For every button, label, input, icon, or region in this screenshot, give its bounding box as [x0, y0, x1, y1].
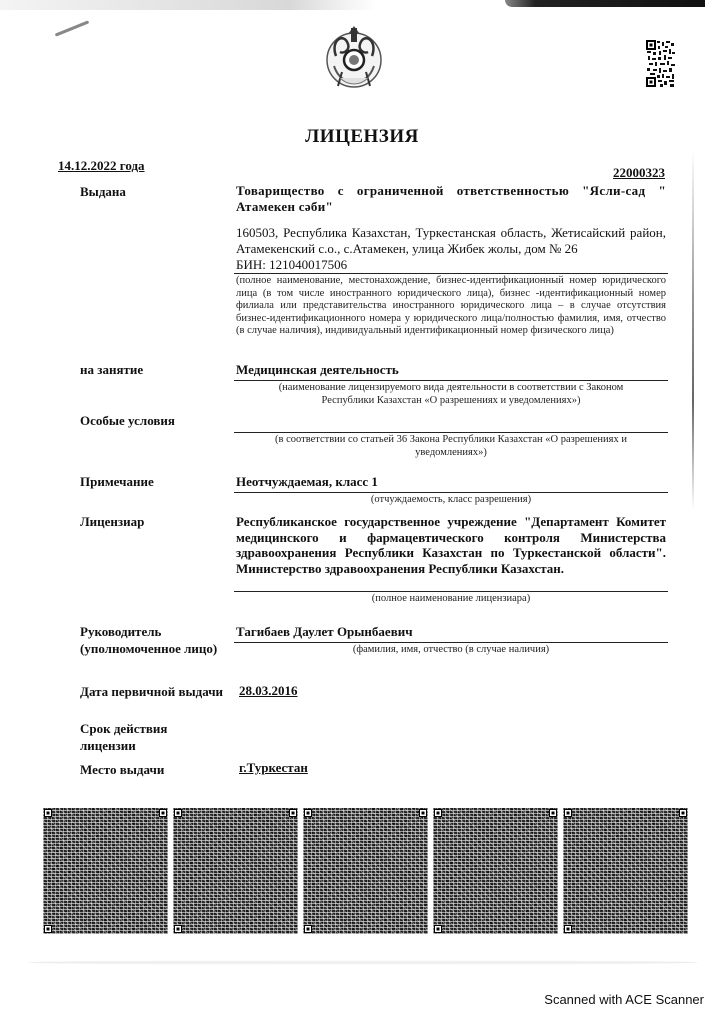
first-issue-date-value: 28.03.2016	[239, 683, 298, 699]
note-rule	[234, 492, 668, 493]
special-conditions-rule	[234, 432, 668, 433]
licensor-rule	[234, 591, 668, 592]
issued-to-rule	[234, 273, 668, 274]
issued-to-label: Выдана	[80, 183, 126, 200]
validity-label-line2: лицензии	[80, 737, 167, 754]
issued-to-name: Товарищество с ограниченной ответственно…	[236, 183, 666, 215]
activity-value: Медицинская деятельность	[236, 362, 666, 378]
head-hint: (фамилия, имя, отчество (в случае наличи…	[236, 644, 666, 657]
licensor-hint: (полное наименование лицензиара)	[236, 593, 666, 606]
licensor-value: Республиканское государственное учрежден…	[236, 514, 666, 576]
head-label: Руководитель (уполномоченное лицо)	[80, 623, 217, 657]
issued-to-hint: (полное наименование, местонахождение, б…	[236, 275, 666, 338]
head-rule	[234, 642, 668, 643]
document-title: ЛИЦЕНЗИЯ	[0, 126, 724, 148]
note-hint: (отчуждаемость, класс разрешения)	[236, 494, 666, 507]
head-value: Тагибаев Даулет Орынбаевич	[236, 624, 666, 640]
scan-top-dark-edge	[505, 0, 705, 7]
pen-mark	[55, 20, 90, 36]
note-value: Неотчуждаемая, класс 1	[236, 474, 666, 490]
qr-code-4-icon	[433, 808, 558, 934]
validity-label: Срок действия лицензии	[80, 720, 167, 754]
head-label-line2: (уполномоченное лицо)	[80, 640, 217, 657]
license-number: 22000323	[613, 165, 665, 181]
first-issue-date-label: Дата первичной выдачи	[80, 683, 223, 700]
place-of-issue-label: Место выдачи	[80, 761, 164, 778]
special-conditions-label: Особые условия	[80, 412, 175, 429]
issue-date: 14.12.2022 года	[58, 158, 145, 174]
paper-edge-shadow	[692, 150, 694, 510]
special-conditions-hint: (в соответствии со статьей 36 Закона Рес…	[252, 434, 650, 459]
qr-code-2-icon	[173, 808, 298, 934]
qr-code-icon	[646, 40, 676, 88]
note-label: Примечание	[80, 473, 154, 490]
validity-label-line1: Срок действия	[80, 720, 167, 737]
paper-fold-shadow	[28, 960, 698, 965]
issued-to-address: 160503, Республика Казахстан, Туркестанс…	[236, 225, 666, 257]
activity-hint: (наименование лицензируемого вида деятел…	[256, 382, 646, 407]
scanner-watermark: Scanned with ACE Scanner	[544, 992, 704, 1007]
qr-code-3-icon	[303, 808, 428, 934]
qr-code-1-icon	[43, 808, 168, 934]
qr-code-5-icon	[563, 808, 688, 934]
issued-to-bin: БИН: 121040017506	[236, 257, 666, 273]
qr-code-row	[43, 808, 688, 938]
activity-label: на занятие	[80, 361, 143, 378]
licensor-label: Лицензиар	[80, 513, 144, 530]
activity-rule	[234, 380, 668, 381]
head-label-line1: Руководитель	[80, 623, 217, 640]
state-emblem-icon	[322, 20, 386, 100]
place-of-issue-value: г.Туркестан	[239, 760, 308, 776]
